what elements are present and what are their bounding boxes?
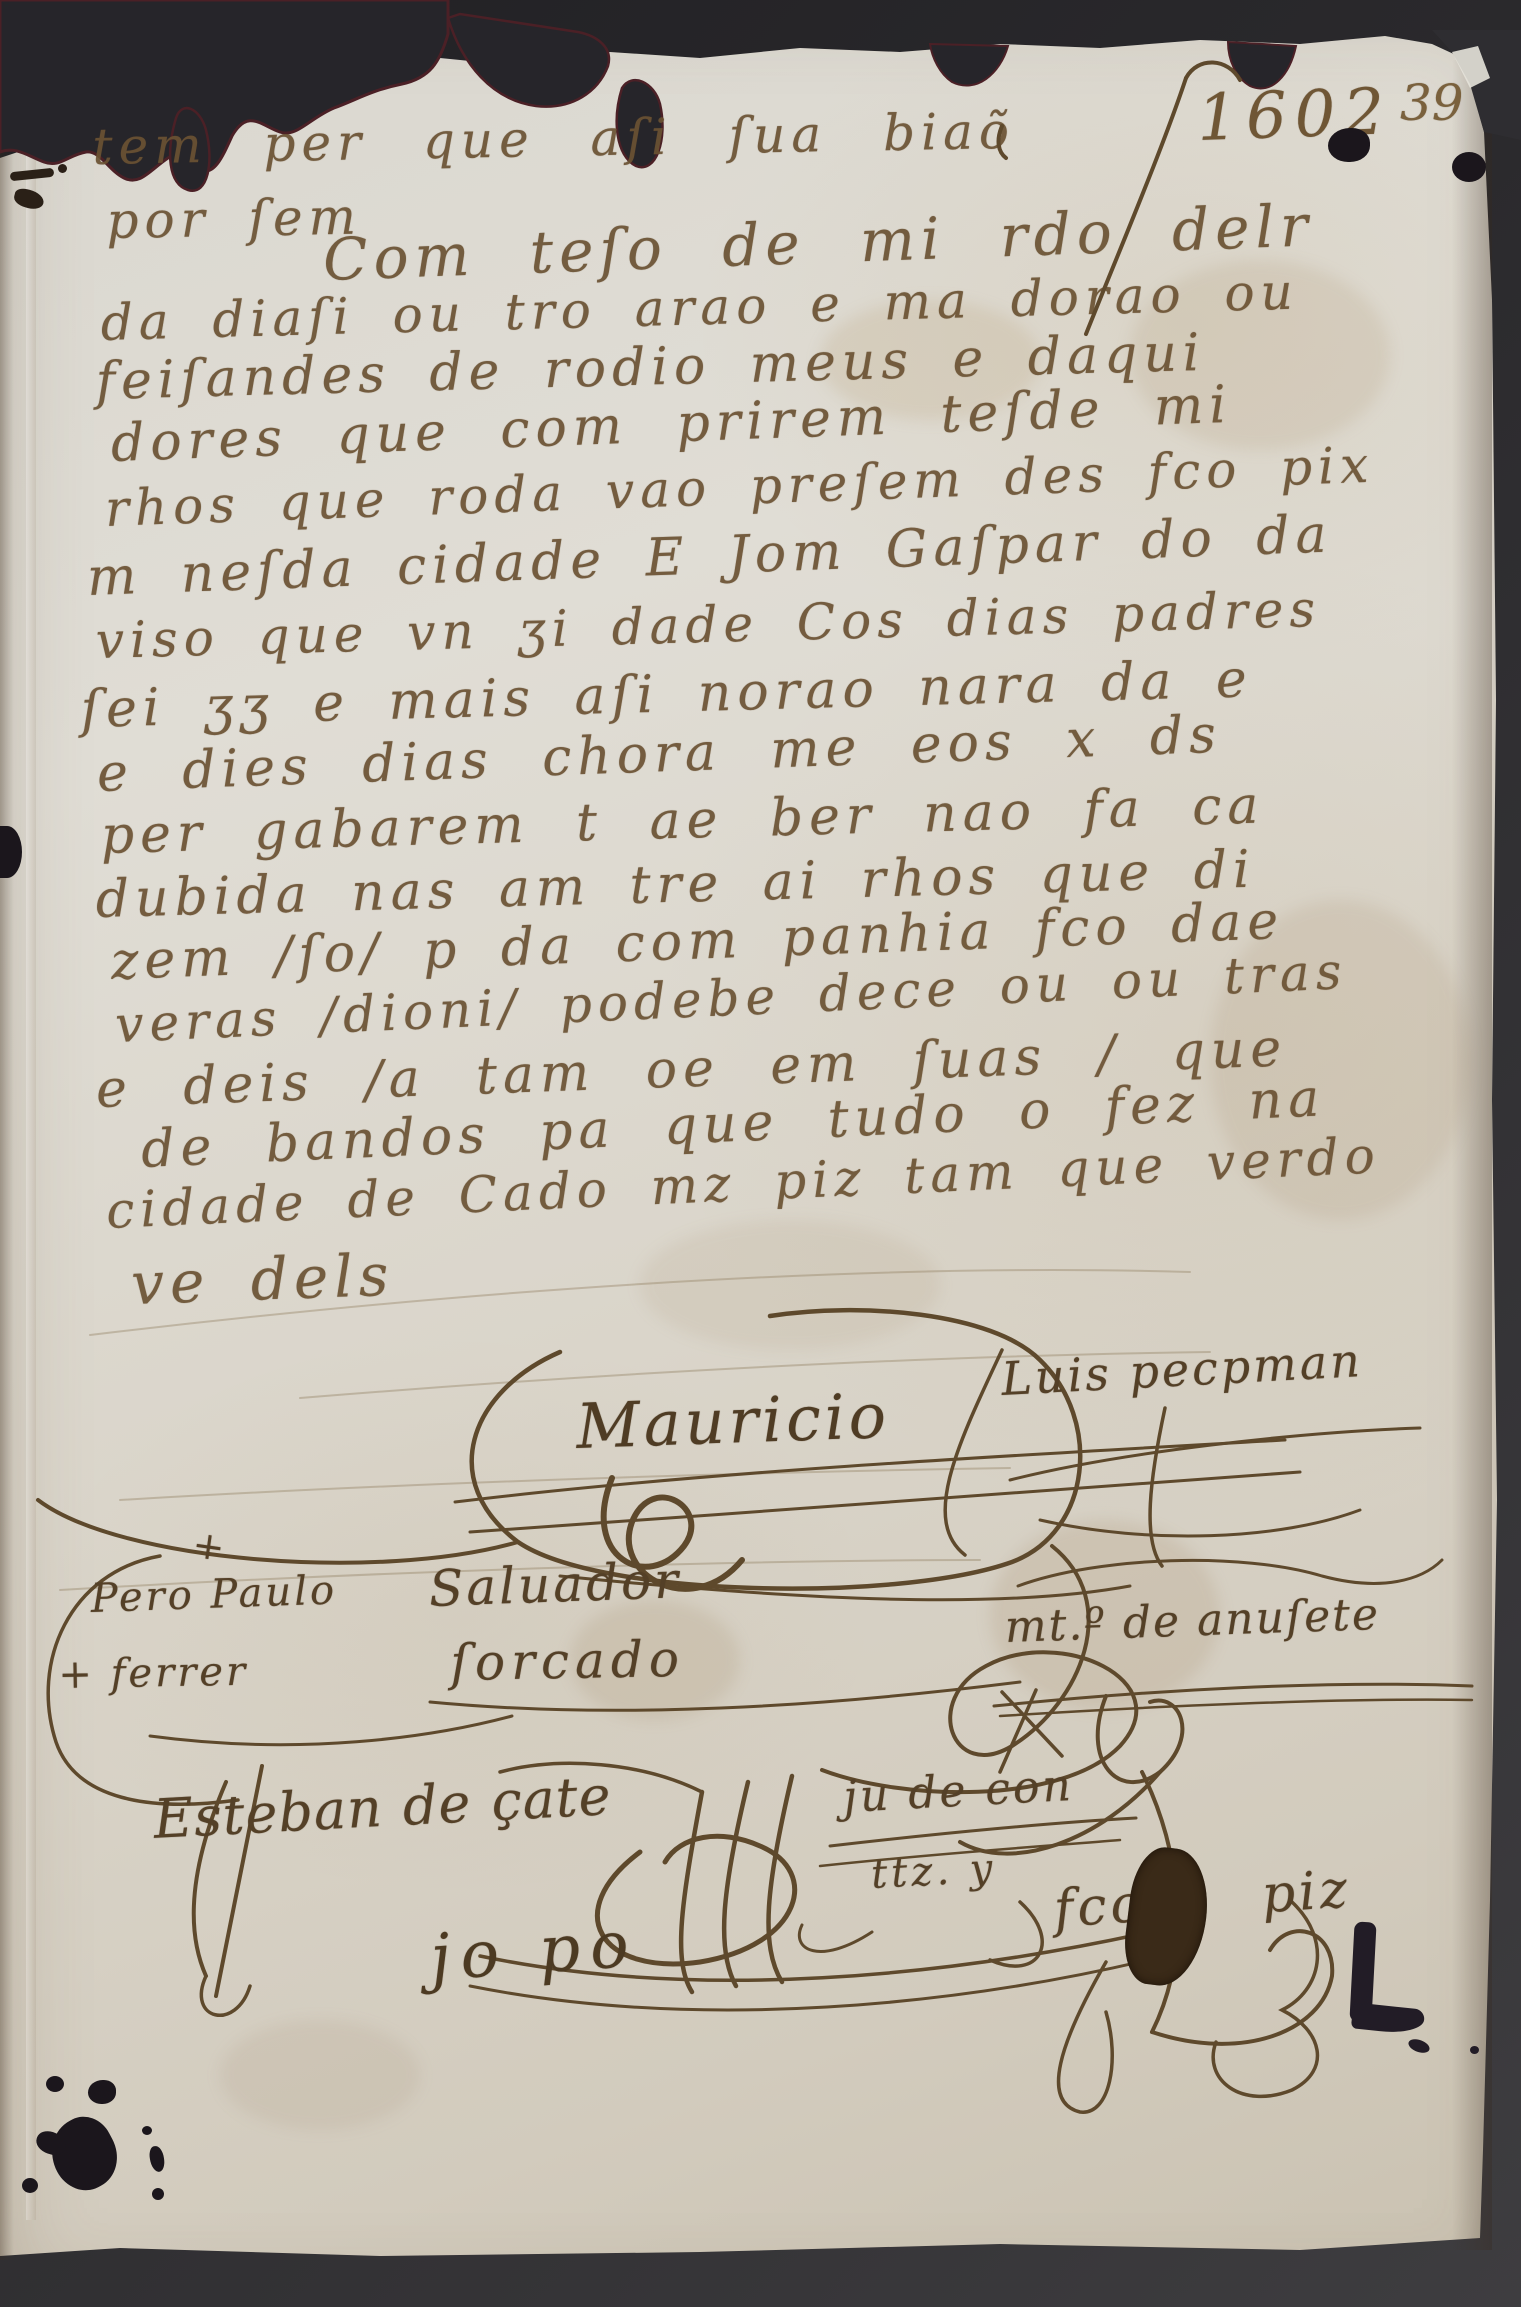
l-mark-dot xyxy=(1470,2046,1479,2054)
signature-saluador-line2: ſorcado xyxy=(450,1630,685,1692)
ink-dot xyxy=(1452,152,1486,182)
margin-dot xyxy=(58,164,67,173)
signature-mauricio: Mauricio xyxy=(575,1379,891,1463)
manuscript-photo: 1602 39 tem per que aſi ſua biaõ por ſem… xyxy=(0,0,1521,2307)
bottom-blot xyxy=(142,2126,152,2135)
folio-number: 39 xyxy=(1400,74,1464,132)
bottom-blot xyxy=(88,2080,116,2104)
signature-pero-paulo: Pero Paulo xyxy=(90,1567,338,1622)
signature-ju-de-con-line2: ttz. y xyxy=(870,1845,997,1897)
signature-ferrer: + ferrer xyxy=(58,1649,249,1698)
text-line: ve dels xyxy=(130,1241,396,1318)
ink-dot xyxy=(1328,128,1370,162)
signature-esteban-flourish-text: jo po xyxy=(428,1907,641,1995)
signature-pero-paulo-cross: + xyxy=(190,1522,228,1570)
bottom-blot xyxy=(22,2178,38,2193)
bottom-blot xyxy=(152,2188,164,2200)
signature-saluador: Saluador xyxy=(428,1551,682,1618)
bottom-blot xyxy=(46,2076,64,2092)
